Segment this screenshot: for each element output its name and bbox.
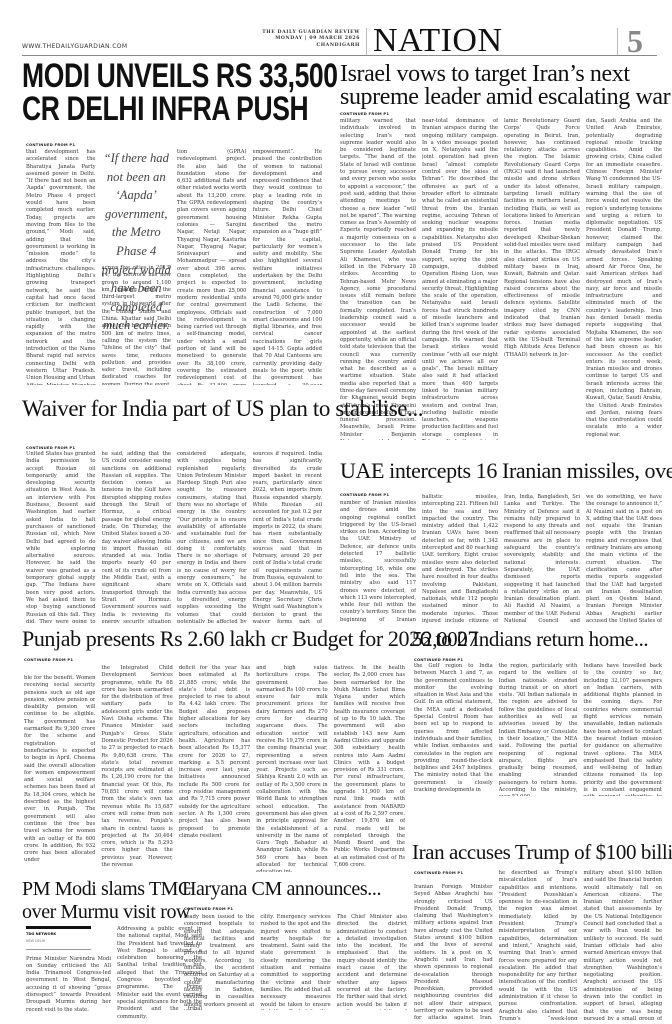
article-column: he described as Trump’s miscalculation o…: [499, 870, 578, 1020]
article-headline: UAE intercepts 16 Iranian missiles, over…: [340, 460, 662, 482]
article-column: TDG NETWORK NEW DELHI Prime Minister Nar…: [26, 926, 111, 1022]
article-column: we do something, we have the courage to …: [586, 494, 662, 624]
article-headline: 52,000 Indians return home...: [412, 627, 662, 651]
article-column: Iranian Foreign Minister Seyed Abbas Ara…: [414, 870, 493, 1020]
article-column: lamic Revolutionary Guard Corps’ Quds Fo…: [504, 118, 580, 440]
masthead-rule: [22, 55, 367, 56]
masthead-rule: [367, 55, 657, 56]
article-column: dan, Saudi Arabia and the United Arab Em…: [586, 118, 662, 440]
article-column: sources if required. India has significa…: [253, 451, 323, 623]
continued-label: CONTINUED FROM P1: [414, 657, 463, 662]
article-column: military warned that individuals involve…: [340, 118, 416, 440]
date-line: MONDAY | 09 MARCH 2026: [262, 36, 360, 42]
masthead-divider: [617, 28, 618, 55]
dateline-location: NEW DELHI: [26, 938, 91, 949]
masthead-divider: [366, 28, 367, 55]
site-url[interactable]: WWW.THEDAILYGUARDIAN.COM: [22, 43, 127, 50]
article-headline: Punjab presents Rs 2.60 lakh cr Budget f…: [22, 627, 405, 651]
article-column: cility. Emergency services rushed to the…: [260, 914, 330, 1010]
article-column: ready been issued to the concerned hospi…: [184, 914, 254, 1010]
article-column-with-quote: “If there had not been an ‘Aapda’ govern…: [102, 149, 172, 385]
city: CHANDIGARH: [262, 43, 360, 49]
article-column: ble for the benefit. Women receiving soc…: [24, 665, 95, 872]
continued-label: CONTINUED FROM P1: [24, 657, 73, 662]
byline-bar: [26, 926, 91, 929]
article-headline: MODI UNVEILS RS 33,500 CR DELHI INFRA PU…: [22, 60, 318, 126]
article-column: empowerment”. He praised the contributio…: [253, 149, 323, 385]
article-column: Indians have travelled back to the count…: [583, 663, 662, 796]
article-haryana-cm[interactable]: Haryana CM announces... CONTINUED FROM P…: [182, 878, 407, 1024]
article-column: near-total dominance of Iranian airspace…: [422, 118, 498, 440]
article-column: the region, particularly with regard to …: [499, 663, 578, 796]
article-column: number of Iranian missiles and drones am…: [340, 494, 416, 624]
article-modi-infra[interactable]: MODI UNVEILS RS 33,500 CR DELHI INFRA PU…: [22, 60, 322, 390]
article-punjab-budget[interactable]: Punjab presents Rs 2.60 lakh cr Budget f…: [22, 627, 405, 877]
publication-info: THE DAILY GUARDIAN REVIEW MONDAY | 09 MA…: [262, 30, 360, 49]
article-column: deficit for the year has been estimated …: [179, 665, 250, 872]
continued-label: CONTINUED FROM P1: [26, 142, 75, 147]
continued-label: CONTINUED FROM P1: [26, 445, 75, 450]
article-column: considered adequate, with supplies being…: [177, 451, 247, 623]
article-headline: Israel vows to target Iran’s next suprem…: [340, 63, 662, 109]
article-headline: Haryana CM announces...: [182, 878, 407, 901]
continued-label: CONTINUED FROM P1: [340, 111, 389, 116]
section-name: NATION: [373, 27, 503, 55]
article-headline: Waiver for India part of US plan to stab…: [22, 396, 322, 422]
article-headline: Iran accuses Trump of $100 billion..: [412, 840, 662, 864]
page-number: 5: [627, 27, 643, 55]
article-indians-return[interactable]: 52,000 Indians return home... CONTINUED …: [412, 627, 662, 797]
article-iran-trump[interactable]: Iran accuses Trump of $100 billion.. CON…: [412, 840, 662, 1024]
masthead: WWW.THEDAILYGUARDIAN.COM THE DAILY GUARD…: [0, 0, 672, 55]
article-column: Iran, India, Bangladesh, Sri Lanka and T…: [504, 494, 580, 624]
article-column: United States has granted India permissi…: [26, 451, 96, 623]
article-column: tiatives. In the health sector, Rs 2,000…: [334, 665, 405, 872]
byline: TDG NETWORK: [26, 931, 111, 938]
article-column: ballistic missiles, intercepting 221. Fi…: [422, 494, 498, 624]
article-column: The Chief Minister also directed the dis…: [337, 914, 407, 1010]
article-headline: PM Modi slams TMC over Murmu visit row: [22, 878, 202, 924]
article-uae-missiles[interactable]: UAE intercepts 16 Iranian missiles, over…: [330, 460, 662, 625]
article-column: and high value horticulture crops. The g…: [256, 665, 327, 872]
pull-quote: “If there had not been an ‘Aapda’ govern…: [102, 149, 172, 255]
continued-label: CONTINUED FROM P1: [184, 906, 233, 911]
article-column: the Gulf region to India between March 1…: [414, 663, 493, 796]
article-column: the Integrated Child Development Service…: [101, 665, 172, 872]
article-column: military about $100 billion and said the…: [583, 870, 662, 1020]
article-modi-tmc[interactable]: PM Modi slams TMC over Murmu visit row T…: [22, 878, 202, 1024]
article-column: that development has accelerated since t…: [26, 149, 96, 385]
article-column: tion (GPRA) redevelopment project. He al…: [177, 149, 247, 385]
article-waiver-india[interactable]: Waiver for India part of US plan to stab…: [22, 390, 322, 620]
article-column: he said, adding that the US could consid…: [102, 451, 172, 623]
article-israel-iran[interactable]: Israel vows to target Iran’s next suprem…: [330, 63, 662, 428]
